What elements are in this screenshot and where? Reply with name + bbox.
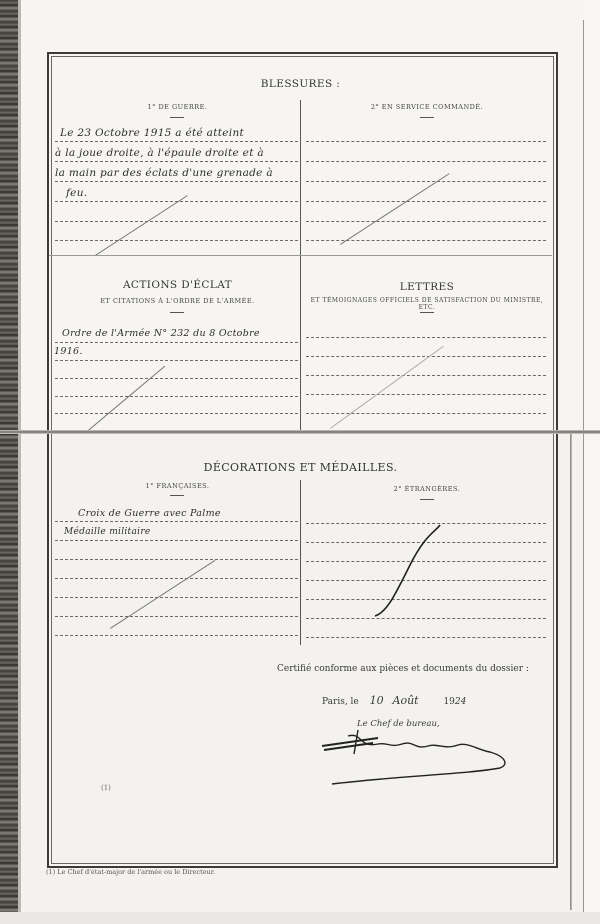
ruled-line [306,394,546,395]
wound-entry-line: feu. [66,187,87,199]
binding-spine [0,0,18,924]
ruled-line [306,161,546,162]
wound-entry-line: à la joue droite, à l'épaule droite et à [55,147,264,159]
ruled-line [55,360,298,361]
letters-subtitle: ET TÉMOIGNAGES OFFICIELS DE SATISFACTION… [302,297,552,311]
actions-title: ACTIONS D'ÉCLAT [55,279,300,291]
ruled-line [55,221,298,222]
ruled-line [55,616,298,617]
date-prefix: Paris, le [322,697,359,707]
header-dash [420,499,434,500]
wound-entry-line: Le 23 Octobre 1915 a été atteint [60,127,244,139]
ruled-line [306,181,546,182]
wounds-title: BLESSURES : [47,78,554,90]
date-month: Août [393,694,419,707]
ruled-line [55,597,298,598]
certification-date: Paris, le 10 Août 1924 [322,694,466,707]
strike-through-mark [365,520,445,620]
wounds-service-header: 2° EN SERVICE COMMANDÉ. [302,103,552,111]
scan-bottom-edge [0,912,600,924]
ruled-line [306,221,546,222]
certification-statement: Certifié conforme aux pièces et document… [277,664,529,674]
decoration-entry-line: Croix de Guerre avec Palme [78,508,221,519]
foreign-decorations-header: 2° ÉTRANGÈRES. [302,485,552,493]
ruled-line [306,201,546,202]
actions-subtitle: ET CITATIONS À L'ORDRE DE L'ARMÉE. [55,297,300,305]
ruled-line [55,181,298,182]
decorations-title: DÉCORATIONS ET MÉDAILLES. [47,461,554,474]
header-dash [420,117,434,118]
note-reference: (1) [101,784,111,792]
citation-entry-line: Ordre de l'Armée N° 232 du 8 Octobre [62,328,260,339]
ruled-line [55,240,298,241]
citation-entry-line: 1916. [54,346,83,357]
ruled-line [306,337,546,338]
ruled-line [306,141,546,142]
header-dash [170,495,184,496]
ruled-line [55,413,298,414]
ruled-line [55,521,298,522]
ruled-line [306,240,546,241]
wound-entry-line: la main par des éclats d'une grenade à [55,167,273,179]
page-right-margin [583,0,600,924]
header-dash [170,117,184,118]
ruled-line [55,342,298,343]
ruled-line [55,396,298,397]
footnote: (1) Le Chef d'état-major de l'armée ou l… [46,868,215,876]
section-divider [49,255,552,256]
date-year-prefix: 19 [443,697,454,707]
ruled-line [55,540,298,541]
ruled-line [306,637,546,638]
ruled-line [55,378,298,379]
date-day: 10 [370,694,384,707]
ruled-line [55,141,298,142]
letters-title: LETTRES [302,281,552,293]
signature [318,728,518,788]
wounds-war-header: 1° DE GUERRE. [55,103,300,111]
ruled-line [55,559,298,560]
column-divider [300,480,301,645]
ruled-line [55,635,298,636]
french-decorations-header: 1° FRANÇAISES. [55,482,300,490]
column-divider [300,100,301,430]
page-edge-line [583,20,584,920]
decoration-entry-line: Médaille militaire [64,527,151,537]
ruled-line [55,161,298,162]
header-dash [170,312,184,313]
ruled-line [55,578,298,579]
date-year-suffix: 24 [455,697,466,707]
page-fold [0,430,600,434]
header-dash [420,312,434,313]
page-edge-shadow [570,430,572,910]
ruled-line [306,413,546,414]
ruled-line [306,375,546,376]
